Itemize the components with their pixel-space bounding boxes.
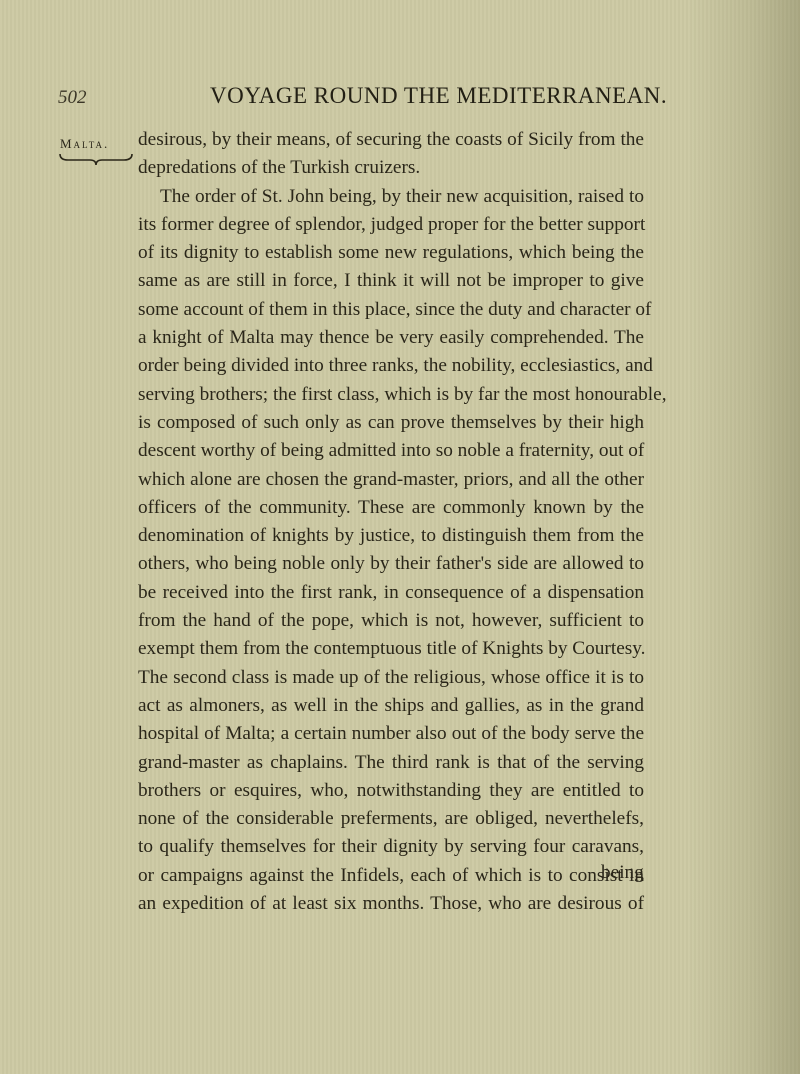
text-line: descent worthy of being admitted into so…: [138, 437, 644, 465]
text-line: its former degree of splendor, judged pr…: [138, 211, 644, 239]
text-line: The order of St. John being, by their ne…: [138, 183, 644, 211]
text-line: a knight of Malta may thence be very eas…: [138, 324, 644, 352]
text-line: same as are still in force, I think it w…: [138, 267, 644, 295]
text-line: officers of the community. These are com…: [138, 494, 644, 522]
text-line: desirous, by their means, of securing th…: [138, 126, 644, 154]
text-line: is composed of such only as can prove th…: [138, 409, 644, 437]
text-line: exempt them from the contemptuous title …: [138, 635, 644, 663]
text-line: be received into the first rank, in cons…: [138, 579, 644, 607]
text-line: which alone are chosen the grand-master,…: [138, 466, 644, 494]
running-title: VOYAGE ROUND THE MEDITERRANEAN.: [210, 83, 667, 109]
text-line: or campaigns against the Infidels, each …: [138, 862, 644, 890]
text-line: to qualify themselves for their dignity …: [138, 833, 644, 861]
text-line: order being divided into three ranks, th…: [138, 352, 644, 380]
curly-brace-icon: [58, 152, 134, 166]
text-line: of its dignity to establish some new reg…: [138, 239, 644, 267]
body-text: desirous, by their means, of securing th…: [138, 126, 644, 918]
text-line: none of the considerable preferments, ar…: [138, 805, 644, 833]
book-page: 502 VOYAGE ROUND THE MEDITERRANEAN. Malt…: [0, 0, 800, 1074]
text-line: hospital of Malta; a certain number also…: [138, 720, 644, 748]
text-line: some account of them in this place, sinc…: [138, 296, 644, 324]
text-line: grand-master as chaplains. The third ran…: [138, 749, 644, 777]
page-number: 502: [58, 87, 87, 109]
text-line: depredations of the Turkish cruizers.: [138, 154, 644, 182]
text-line: others, who being noble only by their fa…: [138, 550, 644, 578]
margin-note: Malta.: [60, 136, 109, 152]
text-line: The second class is made up of the relig…: [138, 664, 644, 692]
text-line: an expedition of at least six months. Th…: [138, 890, 644, 918]
text-line: brothers or esquires, who, notwithstandi…: [138, 777, 644, 805]
text-line: from the hand of the pope, which is not,…: [138, 607, 644, 635]
text-line: denomination of knights by justice, to d…: [138, 522, 644, 550]
text-line: act as almoners, as well in the ships an…: [138, 692, 644, 720]
text-line: serving brothers; the first class, which…: [138, 381, 644, 409]
catchword: being: [601, 862, 644, 884]
